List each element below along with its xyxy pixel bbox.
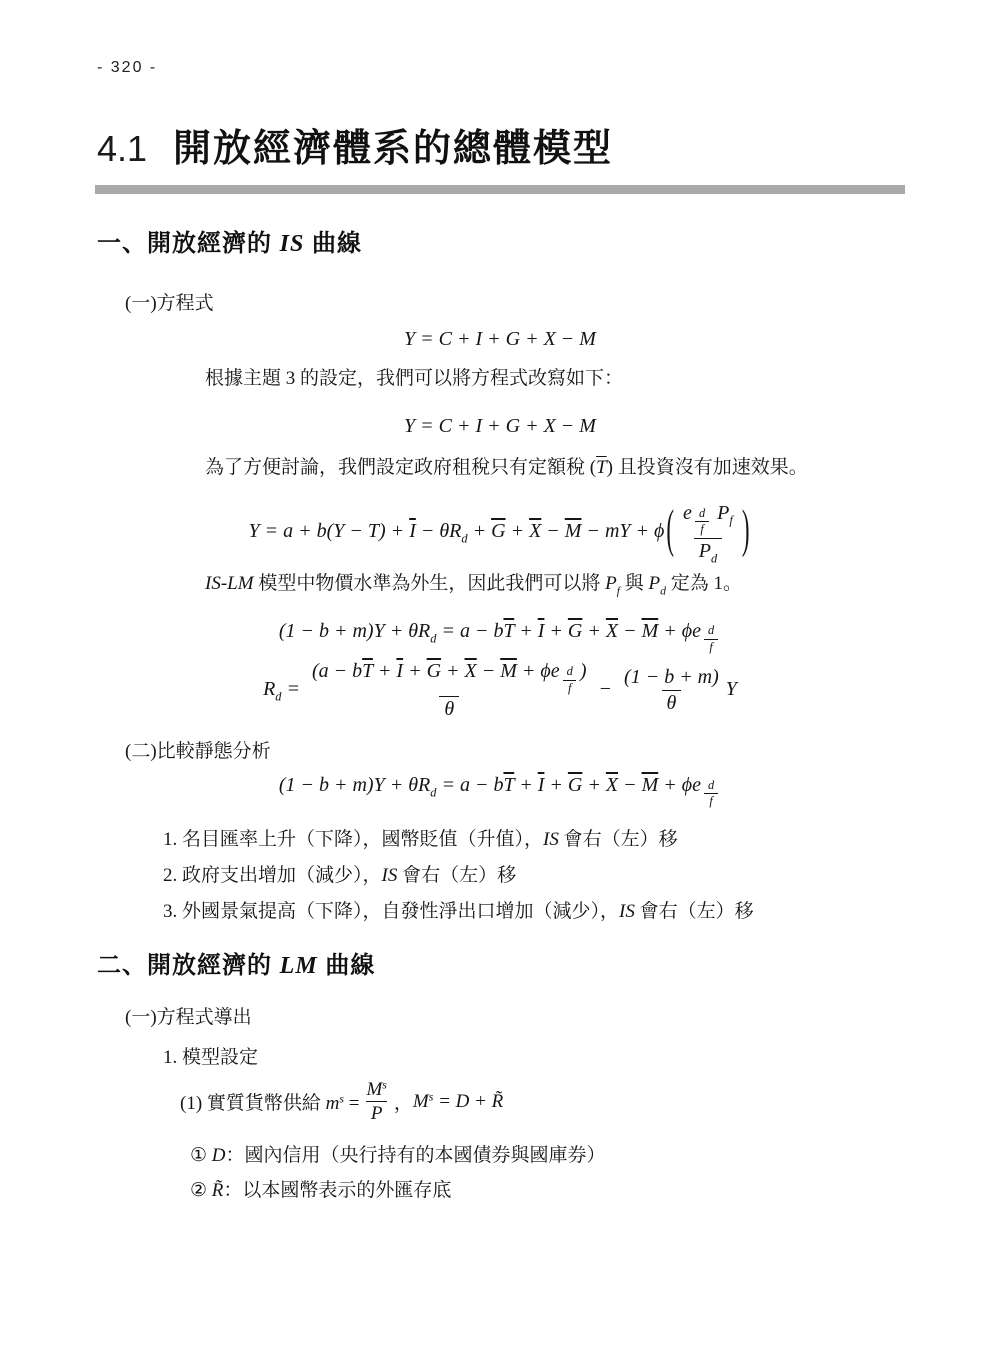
title-underline-bar [95, 185, 905, 194]
document-page: - 320 - 4.1 開放經濟體系的總體模型 一、開放經濟的 IS 曲線 (一… [0, 0, 1000, 1353]
list-item: 1. 名目匯率上升（下降），國幣貶值（升值），IS 會右（左）移 [163, 822, 1000, 858]
fraction-denominator: P [366, 1101, 388, 1126]
label-derivation-subsection: (一)方程式導出 [125, 1004, 1000, 1031]
supply-rhs: Ms = D + R̃ [413, 1091, 503, 1113]
list-item: 3. 外國景氣提高（下降），自發性淨出口增加（減少），IS 會右（左）移 [163, 894, 1000, 930]
section-title-number: 4.1 [97, 125, 147, 173]
label-comparative-statics: (二)比較靜態分析 [125, 738, 1000, 765]
label-equation-subsection: (一)方程式 [125, 290, 1000, 317]
heading-is-curve: 一、開放經濟的 IS 曲線 [97, 228, 1000, 260]
equation-collected-terms: (1 − b + m)Y + θRd = a − bT + I + G + X … [95, 617, 905, 656]
page-number: - 320 - [97, 57, 1000, 79]
equation-income-identity-2: Y = C + I + G + X − M [95, 412, 905, 440]
section-title: 4.1 開放經濟體系的總體模型 [97, 125, 1000, 173]
equation-expanded-is: Y = a + b(Y − T) + I − θRd + G + X − M −… [95, 501, 905, 564]
equation-real-money-supply: (1) 實質貨幣供給 ms = Ms P ， Ms = D + R̃ [180, 1073, 1000, 1131]
equation-rd-solved: Rd = (a − bT + I + G + X − M + ϕedf)θ − … [95, 659, 905, 722]
section-title-text: 開放經濟體系的總體模型 [173, 125, 613, 173]
list-item-foreign-reserves: ② R̃：以本國幣表示的外匯存底 [190, 1176, 1000, 1206]
list-item-domestic-credit: ① D：國內信用（央行持有的本國債券與國庫券） [190, 1141, 1000, 1171]
heading-lm-curve: 二、開放經濟的 LM 曲線 [97, 950, 1000, 982]
fraction-numerator: Ms [361, 1078, 391, 1102]
label-model-setup: 1. 模型設定 [163, 1044, 1000, 1071]
equation-comparative-statics: (1 − b + m)Y + θRd = a − bT + I + G + X … [95, 771, 905, 810]
paragraph-rewrite: 根據主題 3 的設定，我們可以將方程式改寫如下： [205, 365, 940, 393]
paragraph-price-exogenous: IS-LM 模型中物價水準為外生，因此我們可以將 Pf 與 Pd 定為 1。 [205, 570, 940, 598]
money-supply-fraction: Ms P [361, 1078, 391, 1127]
list-item: 2. 政府支出增加（減少），IS 會右（左）移 [163, 858, 1000, 894]
comparative-statics-list: 1. 名目匯率上升（下降），國幣貶值（升值），IS 會右（左）移 2. 政府支出… [0, 822, 1000, 930]
supply-separator: ， [394, 1088, 413, 1115]
paragraph-assumption: 為了方便討論，我們設定政府租稅只有定額稅 (T) 且投資沒有加速效果。 [205, 454, 940, 482]
equation-income-identity: Y = C + I + G + X − M [95, 325, 905, 353]
supply-prefix: (1) 實質貨幣供給 ms = [180, 1088, 359, 1115]
